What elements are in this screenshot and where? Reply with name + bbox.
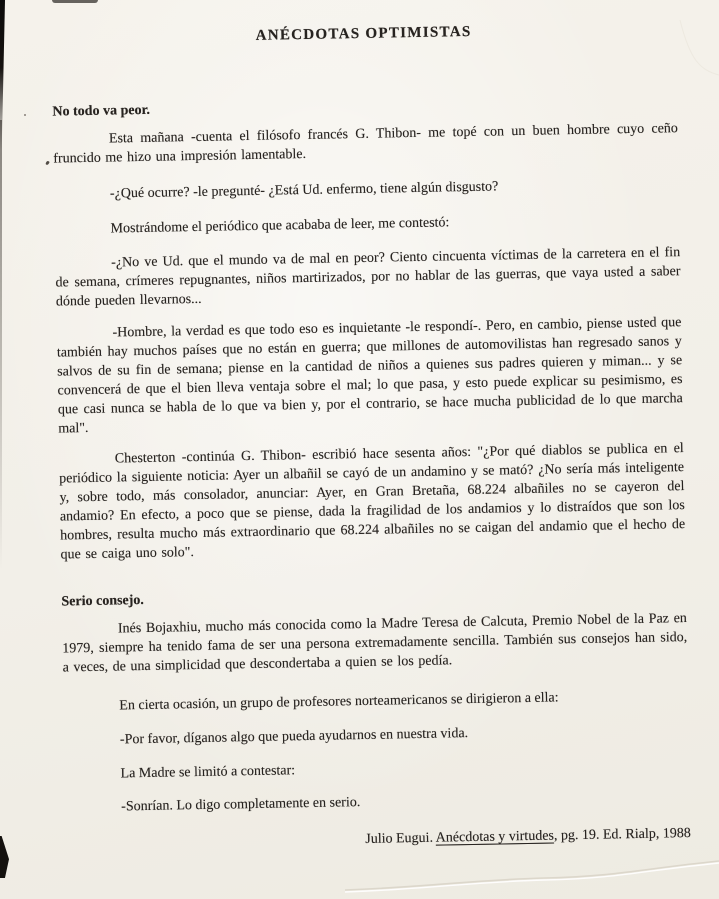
citation: Julio Eugui. Anécdotas y virtudes, pg. 1… bbox=[66, 824, 691, 854]
dialogue-paragraph: -¿No ve Ud. que el mundo va de mal en pe… bbox=[55, 243, 681, 311]
scanned-document-page: ANÉCDOTAS OPTIMISTAS No todo va peor. Es… bbox=[0, 0, 719, 899]
scan-edge-artifact-bottom-left bbox=[0, 836, 9, 878]
dialogue-paragraph: -Hombre, la verdad es que todo eso es in… bbox=[56, 313, 683, 438]
paragraph: La Madre se limitó a contestar: bbox=[64, 754, 689, 784]
ink-speck bbox=[24, 114, 26, 116]
section-heading-serio-consejo: Serio consejo. bbox=[61, 583, 686, 610]
paragraph: En cierta ocasión, un grupo de profesore… bbox=[63, 686, 688, 716]
page-title: ANÉCDOTAS OPTIMISTAS bbox=[51, 20, 676, 48]
citation-author: Julio Eugui. bbox=[365, 831, 436, 847]
citation-detail: , pg. 19. Ed. Rialp, 1988 bbox=[554, 826, 691, 844]
scan-edge-artifact-left bbox=[0, 120, 2, 570]
paragraph: Esta mañana -cuenta el filósofo francés … bbox=[53, 119, 679, 168]
paragraph: Mostrándome el periódico que acababa de … bbox=[54, 209, 679, 239]
dialogue-line: -Por favor, díganos algo que pueda ayuda… bbox=[64, 720, 689, 750]
scan-smudge-top bbox=[52, 0, 98, 3]
section-heading-no-todo-va-peor: No todo va peor. bbox=[52, 93, 677, 120]
dialogue-line: -Sonrían. Lo digo completamente en serio… bbox=[65, 787, 690, 817]
paragraph: Inés Bojaxhiu, mucho más conocida como l… bbox=[62, 609, 688, 677]
dialogue-line: -¿Qué ocurre? -le pregunté- ¿Está Ud. en… bbox=[54, 174, 679, 204]
document-content: ANÉCDOTAS OPTIMISTAS No todo va peor. Es… bbox=[0, 0, 719, 856]
paragraph: Chesterton -continúa G. Thibon- escribió… bbox=[59, 439, 686, 564]
citation-work-title: Anécdotas y virtudes bbox=[436, 829, 554, 846]
